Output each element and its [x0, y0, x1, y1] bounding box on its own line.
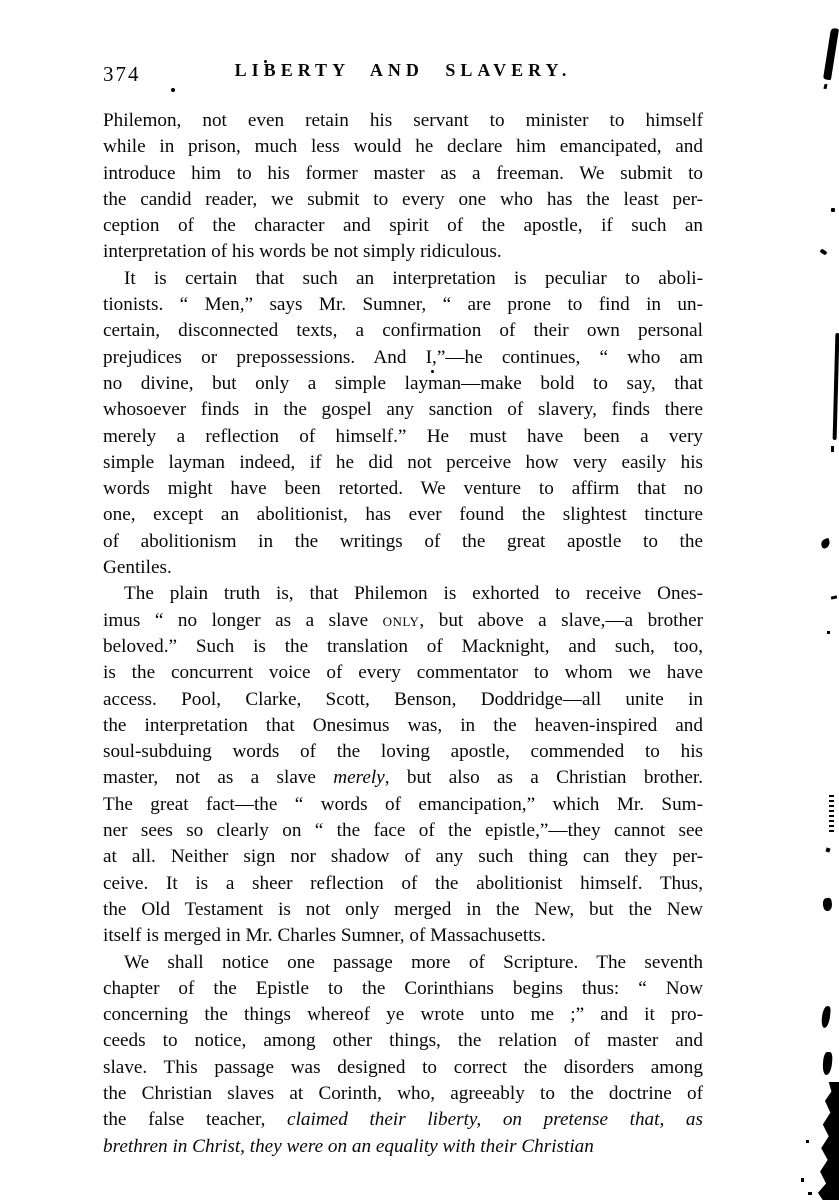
text-line: It is certain that such an interpretatio… [103, 266, 703, 292]
text-line: soul-subduing words of the loving apostl… [103, 739, 703, 765]
text-run: words might have been retorted. We ventu… [103, 478, 703, 499]
text-line: tionists. “ Men,” says Mr. Sumner, “ are… [103, 292, 703, 318]
text-line: access. Pool, Clarke, Scott, Benson, Dod… [103, 687, 703, 713]
text-run: the Old Testament is not only merged in … [103, 899, 703, 920]
ink-speck-artifact [806, 1140, 809, 1143]
text-line: Philemon, not even retain his servant to… [103, 108, 703, 134]
text-line: brethren in Christ, they were on an equa… [103, 1134, 703, 1160]
edge-text-bleed-artifact [829, 795, 834, 835]
text-line: the candid reader, we submit to every on… [103, 187, 703, 213]
text-run: imus “ no longer as a slave [103, 610, 383, 631]
text-line: whosoever finds in the gospel any sancti… [103, 397, 703, 423]
text-line: simple layman indeed, if he did not perc… [103, 450, 703, 476]
italic-text-run: merely [333, 767, 385, 788]
text-run: whosoever finds in the gospel any sancti… [103, 399, 703, 420]
text-line: master, not as a slave merely, but also … [103, 765, 703, 791]
text-run: It is certain that such an interpretatio… [124, 268, 703, 289]
text-run: slave. This passage was designed to corr… [103, 1057, 703, 1078]
italic-text-run: brethren in Christ, they were on an equa… [103, 1136, 594, 1157]
text-run: ception of the character and spirit of t… [103, 215, 703, 236]
text-run: master, not as a slave [103, 767, 333, 788]
paragraph-4: We shall notice one passage more of Scri… [103, 950, 703, 1160]
text-run: the candid reader, we submit to every on… [103, 189, 703, 210]
ink-speck-artifact [831, 446, 834, 452]
ink-speck-artifact [801, 1178, 804, 1182]
text-run: the Christian slaves at Corinth, who, ag… [103, 1083, 703, 1104]
text-run: the false teacher, [103, 1109, 287, 1130]
text-run: merely a reflection of himself.” He must… [103, 426, 703, 447]
text-run: ceeds to notice, among other things, the… [103, 1030, 703, 1051]
text-run: no divine, but only a simple layman—make… [103, 373, 703, 394]
text-line: the Christian slaves at Corinth, who, ag… [103, 1081, 703, 1107]
ink-blot-artifact [822, 897, 833, 911]
small-caps-text-run: only [383, 610, 420, 631]
text-run: itself is merged in Mr. Charles Sumner, … [103, 925, 546, 946]
text-line: itself is merged in Mr. Charles Sumner, … [103, 923, 703, 949]
text-run: Philemon, not even retain his servant to… [103, 110, 703, 131]
running-header-row: LIBERTY AND SLAVERY. 374 [103, 60, 703, 90]
text-line: certain, disconnected texts, a confirmat… [103, 318, 703, 344]
text-run: at all. Neither sign nor shadow of any s… [103, 846, 703, 867]
ink-speck-artifact [827, 631, 830, 634]
text-line: while in prison, much less would he decl… [103, 134, 703, 160]
text-line: Gentiles. [103, 555, 703, 581]
text-line: interpretation of his words be not simpl… [103, 239, 703, 265]
text-line: concerning the things whereof ye wrote u… [103, 1002, 703, 1028]
ink-speck-artifact [823, 84, 827, 90]
text-line: ception of the character and spirit of t… [103, 213, 703, 239]
text-run: The great fact—the “ words of emancipati… [103, 794, 703, 815]
corner-smudge-artifact [812, 1082, 839, 1200]
ink-blot-artifact [821, 1006, 831, 1029]
text-run: introduce him to his former master as a … [103, 163, 703, 184]
italic-text-run: claimed their liberty, on pretense that,… [287, 1109, 703, 1130]
text-run: tionists. “ Men,” says Mr. Sumner, “ are… [103, 294, 703, 315]
text-run: The plain truth is, that Philemon is exh… [124, 583, 703, 604]
text-line: ceive. It is a sheer reflection of the a… [103, 871, 703, 897]
text-line: at all. Neither sign nor shadow of any s… [103, 844, 703, 870]
text-run: ceive. It is a sheer reflection of the a… [103, 873, 703, 894]
running-header-title: LIBERTY AND SLAVERY. [103, 60, 703, 81]
paragraph-3: The plain truth is, that Philemon is exh… [103, 581, 703, 949]
text-run: the interpretation that Onesimus was, in… [103, 715, 703, 736]
text-run: prejudices or prepossessions. And I,”—he… [103, 347, 703, 368]
ink-speck-artifact [431, 370, 434, 373]
text-line: slave. This passage was designed to corr… [103, 1055, 703, 1081]
ink-speck-artifact [264, 60, 267, 63]
ink-speck-artifact [171, 88, 175, 92]
text-run: soul-subduing words of the loving apostl… [103, 741, 703, 762]
text-run: one, except an abolitionist, has ever fo… [103, 504, 703, 525]
text-line: ceeds to notice, among other things, the… [103, 1028, 703, 1054]
ink-blot-artifact [820, 538, 831, 549]
text-line: no divine, but only a simple layman—make… [103, 371, 703, 397]
text-line: The great fact—the “ words of emancipati… [103, 792, 703, 818]
text-line: the false teacher, claimed their liberty… [103, 1107, 703, 1133]
text-run: certain, disconnected texts, a confirmat… [103, 320, 703, 341]
text-line: chapter of the Epistle to the Corinthian… [103, 976, 703, 1002]
page-body: Philemon, not even retain his servant to… [103, 108, 703, 1160]
ink-speck-artifact [825, 847, 830, 852]
text-run: concerning the things whereof ye wrote u… [103, 1004, 703, 1025]
text-line: ner sees so clearly on “ the face of the… [103, 818, 703, 844]
ink-slash-artifact [823, 28, 839, 81]
text-run: Gentiles. [103, 557, 172, 578]
page-number: 374 [103, 62, 141, 87]
text-run: access. Pool, Clarke, Scott, Benson, Dod… [103, 689, 703, 710]
binding-line-artifact [833, 333, 839, 440]
paragraph-1: Philemon, not even retain his servant to… [103, 108, 703, 266]
text-line: the Old Testament is not only merged in … [103, 897, 703, 923]
text-run: ner sees so clearly on “ the face of the… [103, 820, 703, 841]
text-line: one, except an abolitionist, has ever fo… [103, 502, 703, 528]
text-line: merely a reflection of himself.” He must… [103, 424, 703, 450]
text-run: , but above a slave,—a brother [419, 610, 703, 631]
ink-speck-artifact [808, 1192, 812, 1195]
text-run: simple layman indeed, if he did not perc… [103, 452, 703, 473]
text-line: prejudices or prepossessions. And I,”—he… [103, 345, 703, 371]
text-line: of abolitionism in the writings of the g… [103, 529, 703, 555]
ink-blot-artifact [822, 1052, 833, 1076]
text-run: while in prison, much less would he decl… [103, 136, 703, 157]
text-run: interpretation of his words be not simpl… [103, 241, 502, 262]
text-line: introduce him to his former master as a … [103, 161, 703, 187]
ink-tick-artifact [831, 595, 838, 599]
text-line: beloved.” Such is the translation of Mac… [103, 634, 703, 660]
text-line: imus “ no longer as a slave only, but ab… [103, 608, 703, 634]
text-line: We shall notice one passage more of Scri… [103, 950, 703, 976]
text-run: of abolitionism in the writings of the g… [103, 531, 703, 552]
paragraph-2: It is certain that such an interpretatio… [103, 266, 703, 582]
text-line: the interpretation that Onesimus was, in… [103, 713, 703, 739]
book-page: LIBERTY AND SLAVERY. 374 Philemon, not e… [0, 0, 839, 1200]
text-line: The plain truth is, that Philemon is exh… [103, 581, 703, 607]
ink-tick-artifact [819, 248, 827, 255]
ink-speck-artifact [831, 208, 835, 212]
text-run: chapter of the Epistle to the Corinthian… [103, 978, 703, 999]
text-line: is the concurrent voice of every comment… [103, 660, 703, 686]
text-run: is the concurrent voice of every comment… [103, 662, 703, 683]
text-run: beloved.” Such is the translation of Mac… [103, 636, 703, 657]
text-line: words might have been retorted. We ventu… [103, 476, 703, 502]
text-run: , but also as a Christian brother. [385, 767, 703, 788]
text-run: We shall notice one passage more of Scri… [124, 952, 703, 973]
